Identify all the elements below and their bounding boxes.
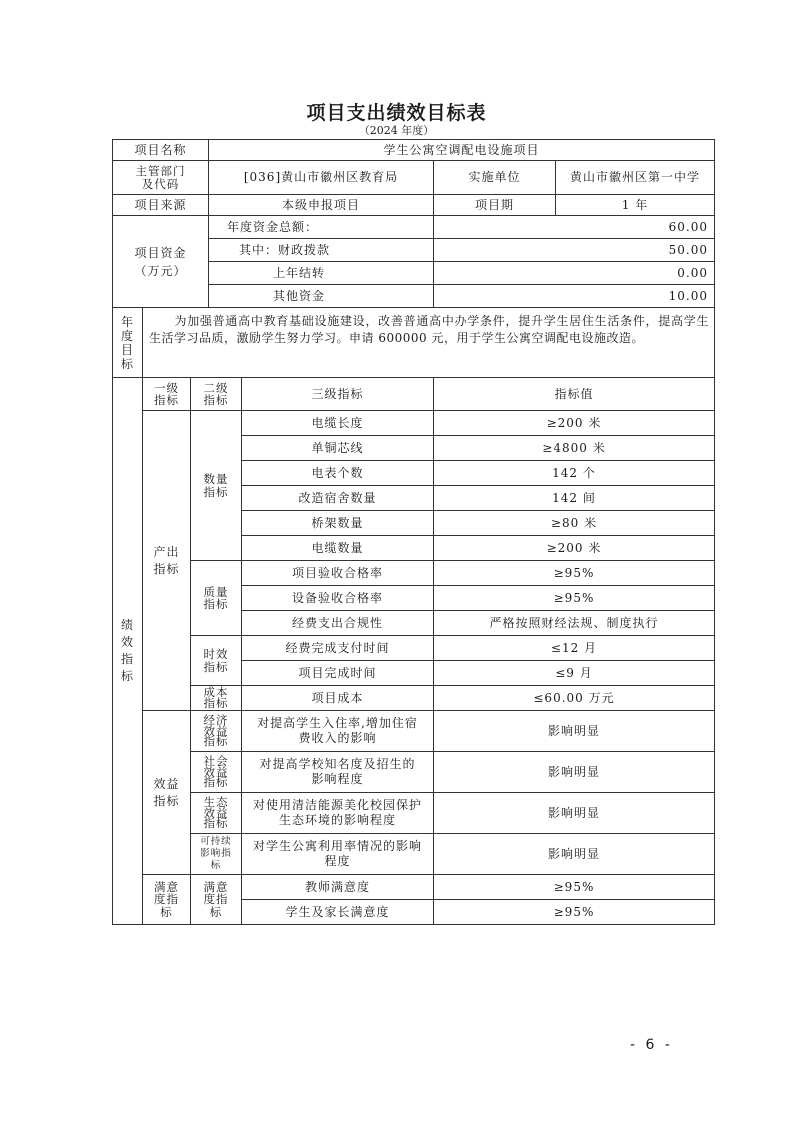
level2-satisfaction: 满意 度指 标 xyxy=(190,874,242,925)
indicator-value: ≤60.00 万元 xyxy=(433,685,715,711)
indicator-name: 单铜芯线 xyxy=(241,435,434,461)
indicator-name: 项目验收合格率 xyxy=(241,560,434,586)
level1-output: 产出 指标 xyxy=(142,410,191,711)
level1-satisfaction: 满意 度指 标 xyxy=(142,874,191,925)
funds-total-value: 60.00 xyxy=(433,215,715,239)
indicator-name: 对提高学校知名度及招生的影响程度 xyxy=(241,751,434,793)
source-label: 项目来源 xyxy=(112,194,209,216)
indicator-name: 设备验收合格率 xyxy=(241,585,434,611)
impl-unit-value: 黄山市徽州区第一中学 xyxy=(555,160,715,195)
funds-other-label: 其他资金 xyxy=(208,284,434,308)
indicator-value: 142 间 xyxy=(433,485,715,511)
indicator-name: 教师满意度 xyxy=(241,874,434,900)
level2-quantity: 数量 指标 xyxy=(190,410,242,561)
funds-total-label: 年度资金总额： xyxy=(208,215,434,239)
indicator-value: ≥4800 米 xyxy=(433,435,715,461)
indicator-value: ≥95% xyxy=(433,899,715,925)
document-title: 项目支出绩效目标表 xyxy=(0,98,793,125)
indicator-name: 桥架数量 xyxy=(241,510,434,536)
indicator-name: 对使用清洁能源美化校园保护生态环境的影响程度 xyxy=(241,792,434,834)
funds-other-value: 10.00 xyxy=(433,284,715,308)
level2-economic: 经济 效益 指标 xyxy=(190,710,242,752)
indicator-value: 严格按照财经法规、制度执行 xyxy=(433,610,715,636)
project-name-label: 项目名称 xyxy=(112,139,209,161)
impl-unit-label: 实施单位 xyxy=(433,160,556,195)
indicator-name: 对学生公寓利用率情况的影响程度 xyxy=(241,833,434,875)
funds-label: 项目资金 （万元） xyxy=(112,215,209,308)
header-level3: 三级指标 xyxy=(241,377,434,411)
indicator-name: 电表个数 xyxy=(241,460,434,486)
project-name-value: 学生公寓空调配电设施项目 xyxy=(208,139,715,161)
indicator-name: 学生及家长满意度 xyxy=(241,899,434,925)
level2-sustainable: 可持续 影响指 标 xyxy=(190,833,242,875)
level2-ecological: 生态 效益 指标 xyxy=(190,792,242,834)
indicator-value: ≥95% xyxy=(433,874,715,900)
indicator-name: 项目成本 xyxy=(241,685,434,711)
indicator-name: 对提高学生入住率,增加住宿费收入的影响 xyxy=(241,710,434,752)
indicator-value: 142 个 xyxy=(433,460,715,486)
indicator-value: ≥200 米 xyxy=(433,410,715,436)
header-level1: 一级 指标 xyxy=(142,377,191,411)
indicator-value: 影响明显 xyxy=(433,751,715,793)
period-label: 项目期 xyxy=(433,194,556,216)
indicator-value: ≥80 米 xyxy=(433,510,715,536)
level1-benefit: 效益 指标 xyxy=(142,710,191,875)
indicator-name: 项目完成时间 xyxy=(241,660,434,686)
document-subtitle: （2024 年度） xyxy=(0,122,793,138)
indicator-value: ≥95% xyxy=(433,560,715,586)
funds-carryover-value: 0.00 xyxy=(433,261,715,285)
indicators-section-label: 绩 效 指 标 xyxy=(112,377,143,925)
level2-quality: 质量 指标 xyxy=(190,560,242,636)
indicator-value: 影响明显 xyxy=(433,792,715,834)
indicator-name: 电缆数量 xyxy=(241,535,434,561)
annual-goal-label: 年 度 目 标 xyxy=(112,307,143,378)
level2-social: 社会 效益 指标 xyxy=(190,751,242,793)
indicator-value: ≥95% xyxy=(433,585,715,611)
indicator-name: 改造宿舍数量 xyxy=(241,485,434,511)
indicator-value: ≤9 月 xyxy=(433,660,715,686)
indicator-value: 影响明显 xyxy=(433,710,715,752)
indicator-value: ≤12 月 xyxy=(433,635,715,661)
indicator-name: 经费完成支付时间 xyxy=(241,635,434,661)
funds-carryover-label: 上年结转 xyxy=(208,261,434,285)
indicator-name: 电缆长度 xyxy=(241,410,434,436)
funds-fiscal-value: 50.00 xyxy=(433,238,715,262)
funds-fiscal-label: 其中：财政拨款 xyxy=(208,238,434,262)
source-value: 本级申报项目 xyxy=(208,194,434,216)
dept-label: 主管部门 及代码 xyxy=(112,160,209,195)
indicator-value: ≥200 米 xyxy=(433,535,715,561)
level2-cost: 成本 指标 xyxy=(190,685,242,711)
header-level2: 二级 指标 xyxy=(190,377,242,411)
annual-goal-text: 为加强普通高中教育基础设施建设，改善普通高中办学条件，提升学生居住生活条件，提高… xyxy=(142,307,715,378)
indicator-name: 经费支出合规性 xyxy=(241,610,434,636)
header-value: 指标值 xyxy=(433,377,715,411)
page-number: - 6 - xyxy=(630,1037,673,1053)
indicator-value: 影响明显 xyxy=(433,833,715,875)
dept-value: [036]黄山市徽州区教育局 xyxy=(208,160,434,195)
period-value: 1 年 xyxy=(555,194,715,216)
level2-timeliness: 时效 指标 xyxy=(190,635,242,686)
